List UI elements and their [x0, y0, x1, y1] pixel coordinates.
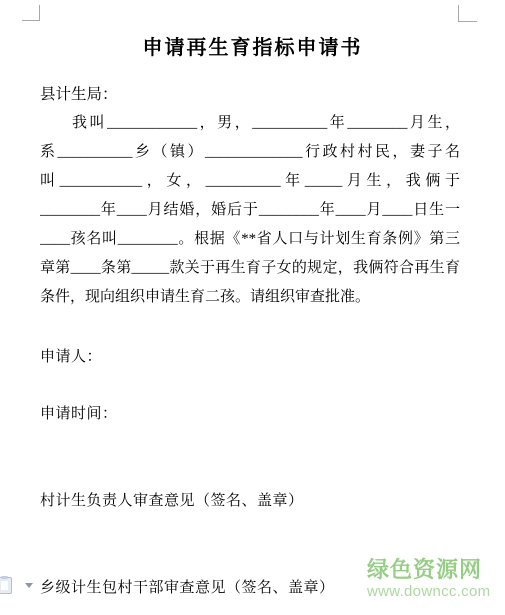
body-line: ________年____月结婚，婚后于________年____月____日生… [40, 196, 460, 225]
document-title: 申请再生育指标申请书 [0, 31, 505, 60]
site-watermark: 绿色资源网 www.downcc.com [367, 558, 497, 600]
body-line: 条件，现向组织申请生育二孩。请组织审查批准。 [40, 283, 460, 312]
paste-options-button[interactable] [0, 575, 38, 597]
body-line: 系__________乡（镇）_____________行政村村民，妻子名 [40, 138, 460, 167]
body-line: 叫___________，女，__________年_____月生，我俩于 [40, 167, 460, 196]
body-line: ____孩名叫________。根据《**省人口与计划生育条例》第三 [40, 225, 460, 254]
body-line: 章第____条第_____款关于再生育子女的规定，我俩符合再生育 [40, 254, 460, 283]
township-review-label: 乡级计生包村干部审查意见（签名、盖章） [40, 576, 335, 597]
watermark-site-url: www.downcc.com [367, 583, 497, 600]
margin-crop-mark-top-left [22, 5, 40, 21]
clipboard-icon [0, 577, 12, 594]
chevron-down-icon [25, 583, 33, 588]
watermark-site-name: 绿色资源网 [367, 558, 497, 582]
salutation-line: 县计生局： [40, 82, 118, 104]
document-page: 申请再生育指标申请书 县计生局： 我叫____________，男，______… [0, 0, 505, 615]
body-line: 我叫____________，男，__________年________月生， [40, 109, 460, 138]
applicant-label: 申请人： [40, 345, 102, 366]
margin-crop-mark-top-right [458, 5, 477, 22]
village-review-label: 村计生负责人审查意见（签名、盖章） [40, 489, 304, 510]
apply-time-label: 申请时间： [40, 402, 118, 423]
application-body-paragraph: 我叫____________，男，__________年________月生， … [40, 109, 460, 312]
